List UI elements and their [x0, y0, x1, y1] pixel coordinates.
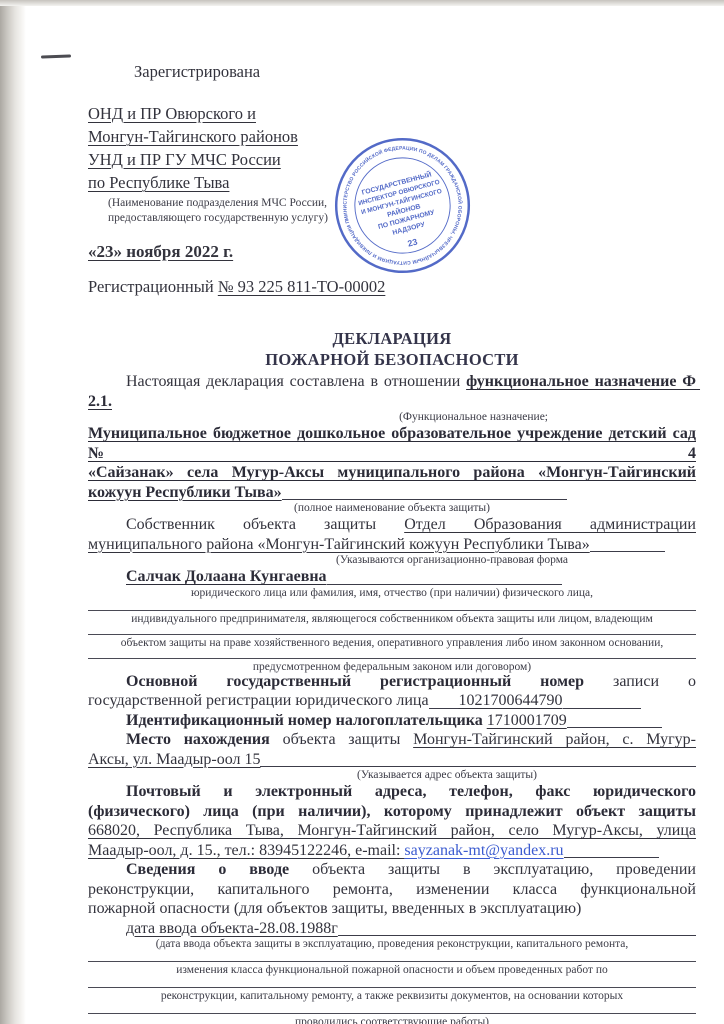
fill-in-caption: индивидуального предпринимателя, являюще…: [88, 614, 696, 625]
address-phone-email-label: Маадыр-оол, д. 15., тел.: 83945122246, e…: [88, 841, 404, 861]
authority-line: ОНД и ПР Овюрского и: [88, 102, 696, 125]
fill-in-rule: [88, 1003, 696, 1014]
owner-label: Собственник объекта защиты: [126, 516, 404, 533]
ogrn-value: 1021700644790: [459, 691, 563, 711]
fill-in-rule: [88, 600, 696, 611]
object-name-caption: (полное наименование объекта защиты): [88, 502, 696, 515]
registration-date: «23» ноября 2022 г.: [88, 240, 233, 263]
address-line-2: Маадыр-оол, д. 15., тел.: 83945122246, e…: [88, 841, 696, 861]
blank-underline: [327, 584, 562, 585]
owner-person-name: Салчак Долаана Кунгаевна: [126, 567, 327, 587]
fill-in-caption: объектом защиты на праве хозяйственного …: [88, 638, 696, 649]
stamp-number: 23: [406, 236, 418, 248]
fill-in-line: реконструкции, капитальному ремонту, а т…: [88, 977, 696, 1003]
scanned-declaration-page: { "doc": { "registered": "Зарегистрирова…: [0, 0, 724, 1024]
registration-number-label: Регистрационный: [88, 277, 218, 296]
location-line-2: Аксы, ул. Маадыр-оол 15: [88, 750, 696, 770]
fill-in-line: изменения класса функциональной пожарной…: [88, 951, 696, 977]
object-name-line-2: «Сайзанак» села Мугур-Аксы муниципальног…: [88, 463, 696, 483]
ogrn-line-1: Основной государственный регистрационный…: [88, 672, 696, 692]
stamp-ring-text: МИНИСТЕРСТВО РОССИЙСКОЙ ФЕДЕРАЦИИ ПО ДЕЛ…: [330, 133, 475, 278]
blank-underline: [567, 727, 662, 728]
commissioning-info-line-2: реконструкции, капитального ремонта, изм…: [88, 880, 696, 900]
fill-in-line: индивидуального предпринимателя, являюще…: [88, 600, 696, 624]
commissioning-info-tail: объекта защиты в эксплуатацию, проведени…: [289, 861, 696, 878]
object-name-tail: кожуун Республики Тыва»: [88, 483, 282, 503]
registration-number-line: Регистрационный № 93 225 811-ТО-00002: [88, 275, 696, 298]
inn-value: 1710001709: [487, 711, 567, 731]
pen-dash-mark: [41, 54, 71, 58]
scan-left-edge: [0, 0, 26, 1024]
postal-line-2: (физического) лица (при наличии), которо…: [88, 802, 696, 822]
fill-in-rule: [88, 648, 696, 659]
blank-underline: [338, 935, 696, 936]
stamp-center-text: ГОСУДАРСТВЕННЫЙ ИНСПЕКТОР ОВЮРСКОГО И МО…: [355, 168, 455, 258]
commissioning-info-bold: Сведения о вводе: [126, 861, 289, 878]
official-stamp: МИНИСТЕРСТВО РОССИЙСКОЙ ФЕДЕРАЦИИ ПО ДЕЛ…: [330, 133, 475, 278]
postal-line-1: Почтовый и электронный адреса, телефон, …: [88, 782, 696, 802]
inn-label: Идентификационный номер налогоплательщик…: [126, 711, 487, 731]
owner-value-continued: муниципального района «Монгун-Тайгинский…: [88, 535, 590, 555]
address-line-1: 668020, Республика Тыва, Монгун-Тайгинск…: [88, 821, 696, 841]
object-name-line-1: Муниципальное бюджетное дошкольное образ…: [88, 424, 696, 463]
functional-purpose-label: Настоящая декларация составлена в отноше…: [126, 373, 466, 390]
commissioning-caption-1: (дата ввода объекта защиты в эксплуатаци…: [88, 938, 696, 951]
functional-purpose-caption: (Функциональное назначение;: [88, 411, 696, 424]
document-title: ДЕКЛАРАЦИЯ ПОЖАРНОЙ БЕЗОПАСНОСТИ: [88, 328, 696, 370]
ogrn-line-2: государственной регистрации юридического…: [88, 691, 696, 711]
owner-person-line: Салчак Долаана Кунгаевна: [88, 567, 696, 587]
document-title-line1: ДЕКЛАРАЦИЯ: [88, 328, 696, 349]
commissioning-date-value: дата ввода объекта-28.08.1988г: [126, 919, 338, 939]
inn-line: Идентификационный номер налогоплательщик…: [88, 711, 696, 731]
location-label-bold: Место нахождения: [126, 731, 270, 748]
location-label-mid: объекта защиты: [270, 731, 413, 748]
fill-in-caption: проводились соответствующие работы): [88, 1017, 696, 1024]
registered-label: Зарегистрирована: [134, 62, 696, 82]
functional-purpose-line: Настоящая декларация составлена в отноше…: [88, 372, 696, 411]
location-value-continued: Аксы, ул. Маадыр-оол 15: [88, 750, 260, 770]
declaration-body: Настоящая декларация составлена в отноше…: [88, 372, 696, 1024]
fill-in-line: проводились соответствующие работы): [88, 1003, 696, 1024]
owner-caption: (Указываются организационно-правовая фор…: [88, 554, 696, 567]
registration-number: № 93 225 811-ТО-00002: [218, 277, 386, 296]
blank-underline: [260, 766, 696, 767]
location-caption: (Указывается адрес объекта защиты): [88, 769, 696, 782]
owner-value: Отдел Образования администрации: [404, 516, 696, 533]
fill-in-rule: [88, 624, 696, 635]
commissioning-info-line-3: пожарной опасности (для объектов защиты,…: [88, 899, 696, 919]
commissioning-info-line-1: Сведения о вводе объекта защиты в эксплу…: [88, 860, 696, 880]
location-value: Монгун-Тайгинский район, с. Мугур-: [413, 731, 696, 748]
scan-top-edge: [0, 0, 724, 6]
fill-in-caption: изменения класса функциональной пожарной…: [88, 965, 696, 976]
fill-in-line: объектом защиты на праве хозяйственного …: [88, 624, 696, 648]
email-link: sayzanak-mt@yandex.ru: [404, 841, 563, 861]
fill-in-rule: [88, 977, 696, 988]
blank-underline: [282, 499, 567, 500]
fill-in-line: предусмотренном федеральным законом или …: [88, 648, 696, 672]
fill-in-rule: [88, 951, 696, 962]
document-title-line2: ПОЖАРНОЙ БЕЗОПАСНОСТИ: [88, 349, 696, 370]
owner-line-2: муниципального района «Монгун-Тайгинский…: [88, 535, 696, 555]
owner-line-1: Собственник объекта защиты Отдел Образов…: [88, 515, 696, 535]
owner-person-caption: юридического лица или фамилия, имя, отче…: [88, 587, 696, 600]
blank-underline: [564, 857, 659, 858]
object-name-line-3: кожуун Республики Тыва»: [88, 483, 696, 503]
location-line-1: Место нахождения объекта защиты Монгун-Т…: [88, 730, 696, 750]
ogrn-label-bold: Основной государственный регистрационный…: [126, 673, 584, 690]
blank-underline: [429, 708, 459, 709]
stamp-outer-circle: [330, 133, 475, 278]
ogrn-label-tail: записи о: [584, 673, 696, 690]
fill-in-caption: реконструкции, капитальному ремонту, а т…: [88, 991, 696, 1002]
blank-underline: [563, 708, 641, 709]
commissioning-date-line: дата ввода объекта-28.08.1988г: [88, 919, 696, 939]
blank-underline: [590, 551, 665, 552]
ogrn-label-2: государственной регистрации юридического…: [88, 691, 429, 711]
